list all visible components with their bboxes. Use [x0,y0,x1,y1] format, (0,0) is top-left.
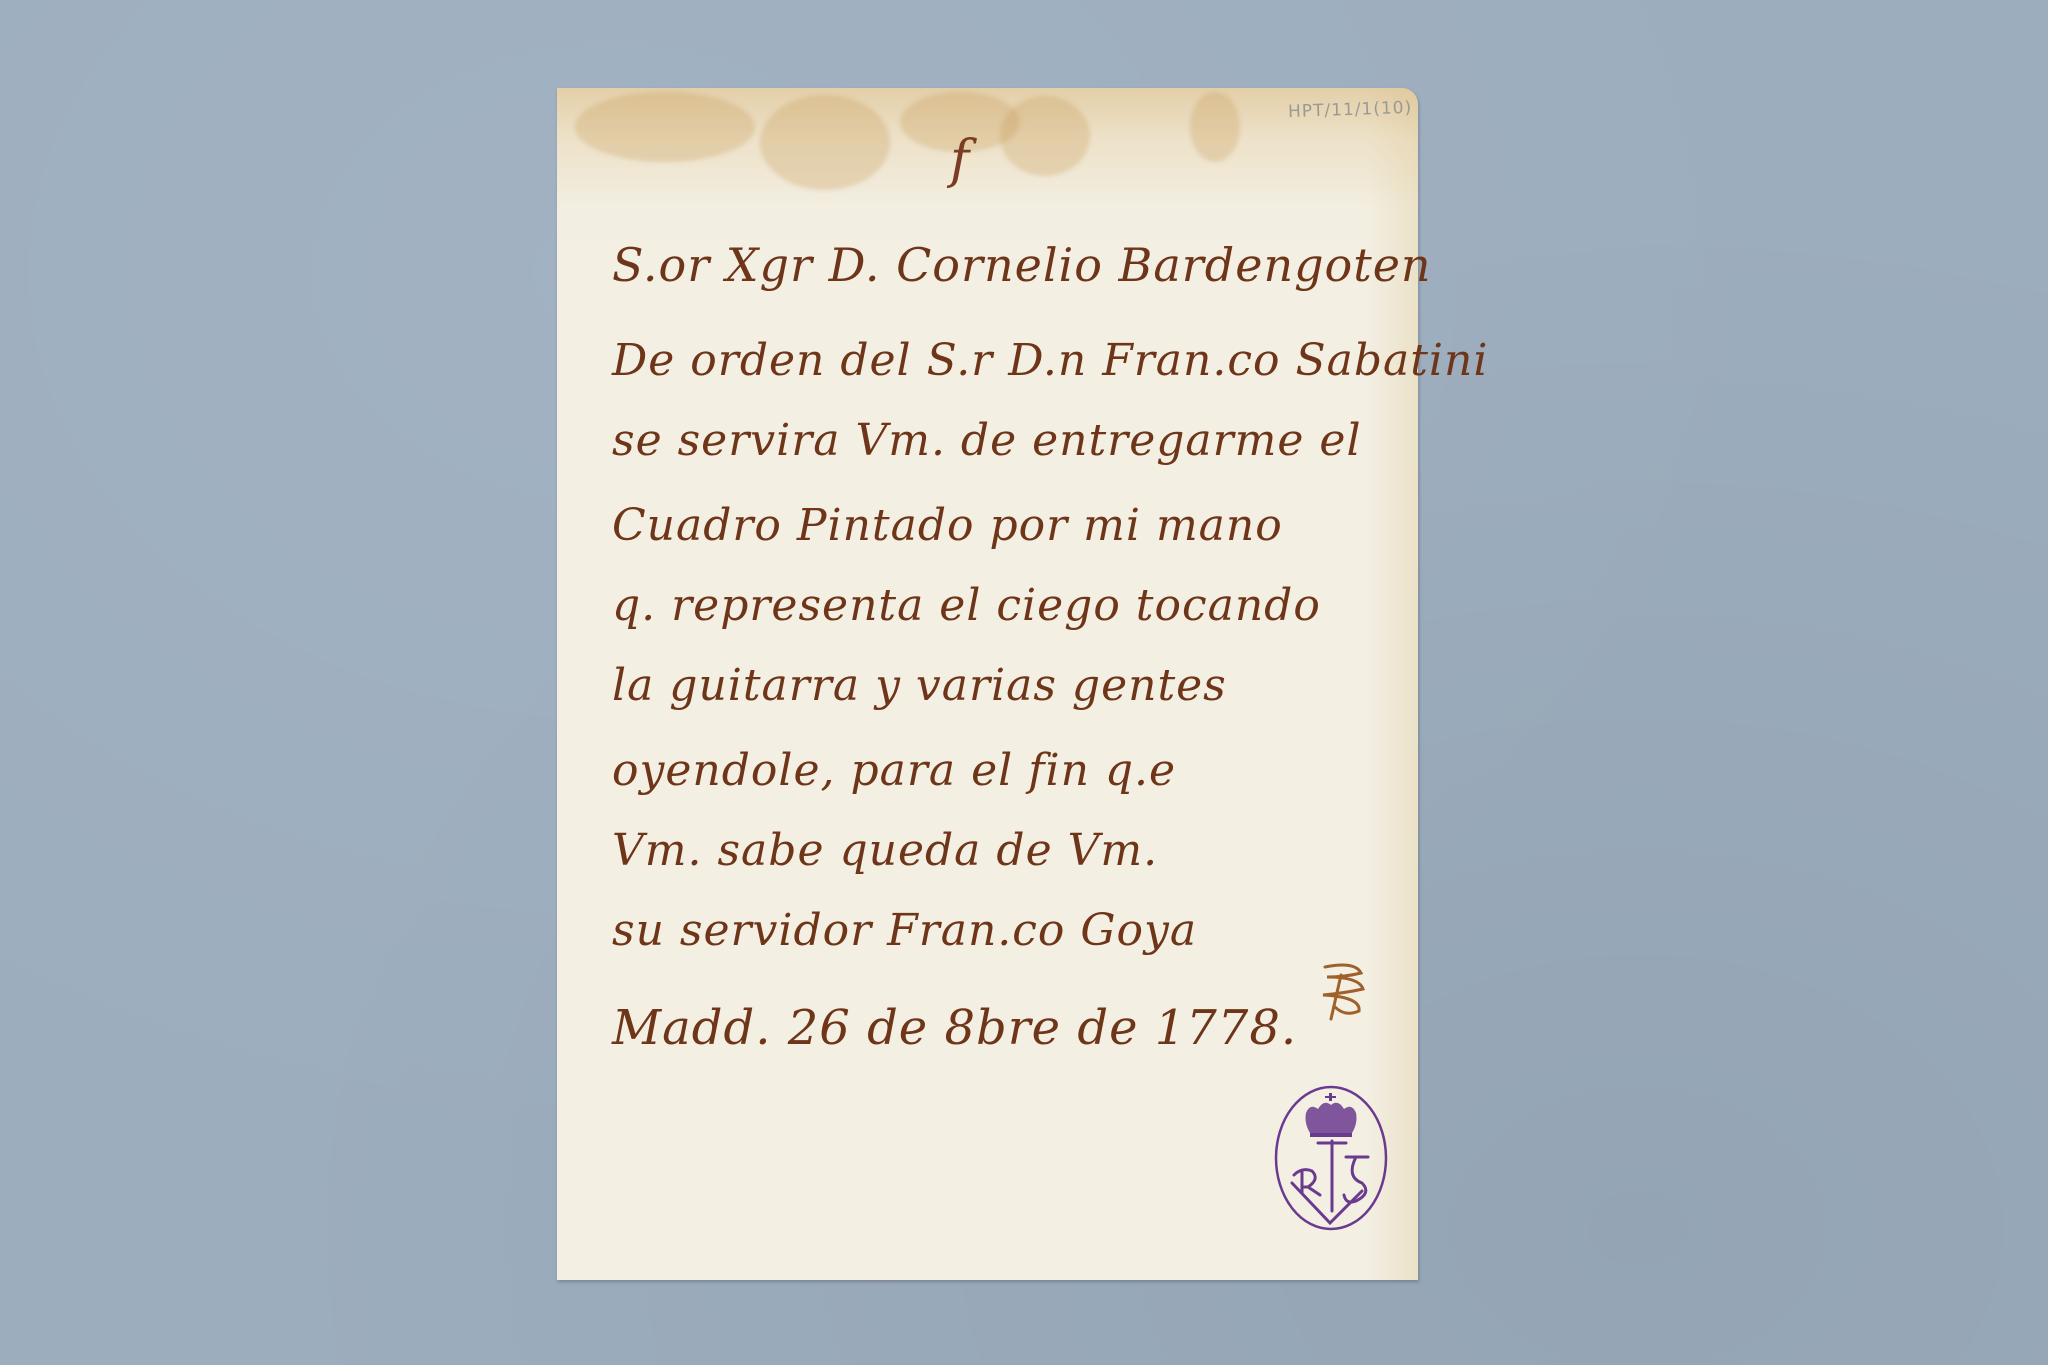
letter-line-closing: su servidor Fran.co Goya [612,905,1197,956]
water-stain [575,92,755,162]
royal-academy-stamp-icon [1272,1083,1390,1233]
letter-line-addressee: S.or Xgr D. Cornelio Bardengoten [612,238,1432,292]
letter-line: se servira Vm. de entregarme el [612,415,1362,466]
letter-line: Cuadro Pintado por mi mano [612,500,1283,551]
water-stain [1000,96,1090,176]
letter-line: q. representa el ciego tocando [612,580,1321,631]
date-line: Madd. 26 de 8bre de 1778. [612,1000,1297,1056]
signature-rubric-icon [1315,955,1375,1025]
letter-line: Vm. sabe queda de Vm. [612,825,1158,876]
letter-line: la guitarra y varias gentes [612,660,1227,711]
water-stain [760,95,890,190]
water-stain [1190,92,1240,162]
letter-line: De orden del S.r D.n Fran.co Sabatini [612,335,1488,386]
top-mark: f [950,130,969,190]
letter-line: oyendole, para el fin q.e [612,745,1176,796]
